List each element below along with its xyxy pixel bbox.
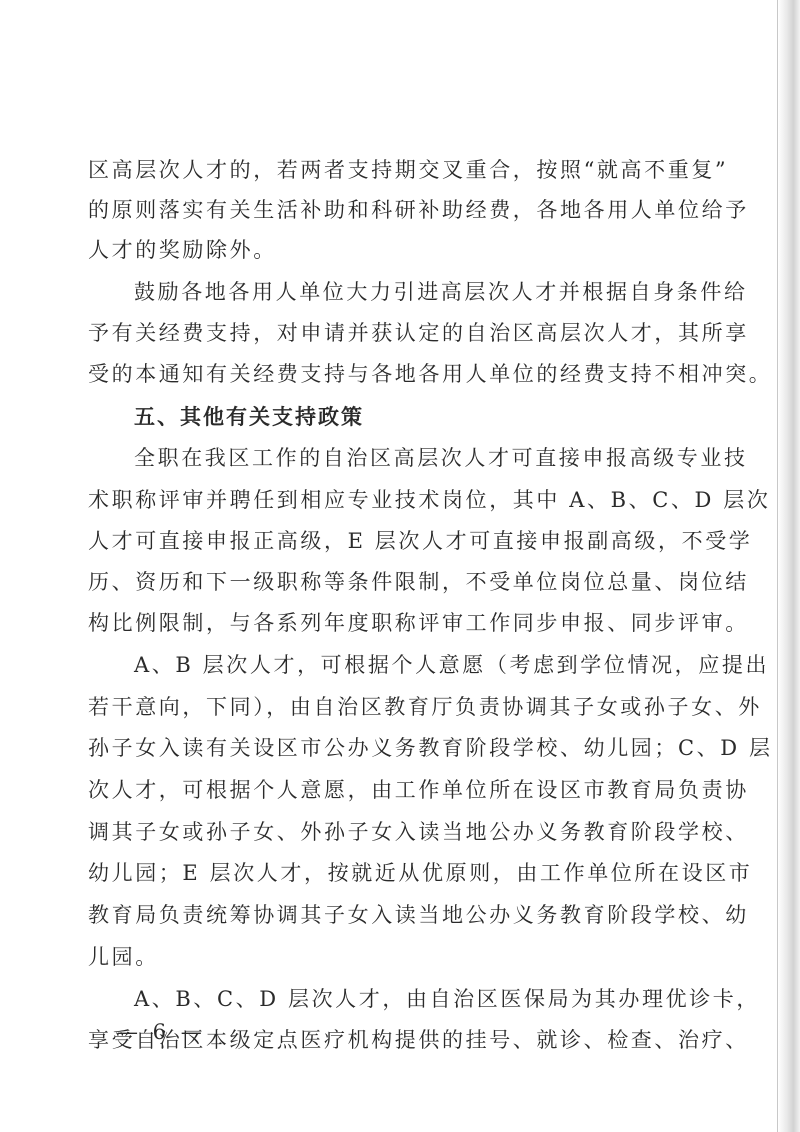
text-line: 人才的奖励除外。 [88,230,277,270]
text-line: 区高层次人才的，若两者支持期交叉重合，按照“就高不重复” [88,150,728,190]
text-line: 的原则落实有关生活补助和科研补助经费，各地各用人单位给予 [88,190,749,230]
section-heading: 五、其他有关支持政策 [134,397,364,437]
text-line: 调其子女或孙子女、外孙子女入读当地公办义务教育阶段学校、 [88,812,749,852]
text-line: 人才可直接申报正高级，E 层次人才可直接申报副高级，不受学 [88,521,752,561]
text-line: 术职称评审并聘任到相应专业技术岗位，其中 A、B、C、D 层次 [88,480,770,520]
paragraph-start-line: A、B、C、D 层次人才，由自治区医保局为其办理优诊卡， [134,979,760,1019]
text-line: 予有关经费支持，对申请并获认定的自治区高层次人才，其所享 [88,313,749,353]
text-line: 受的本通知有关经费支持与各地各用人单位的经费支持不相冲突。 [88,354,772,394]
paragraph-start-line: A、B 层次人才，可根据个人意愿（考虑到学位情况，应提出 [134,645,769,685]
paragraph-start-line: 鼓励各地各用人单位大力引进高层次人才并根据自身条件给 [134,272,748,312]
text-line: 儿园。 [88,937,159,977]
text-line: 历、资历和下一级职称等条件限制，不受单位岗位总量、岗位结 [88,562,749,602]
scanned-page-edge [777,0,800,1132]
text-line: 教育局负责统筹协调其子女入读当地公办义务教育阶段学校、幼 [88,895,749,935]
text-line: 幼儿园；E 层次人才，按就近从优原则，由工作单位所在设区市 [88,853,752,893]
paragraph-start-line: 全职在我区工作的自治区高层次人才可直接申报高级专业技 [134,438,748,478]
text-line: 构比例限制，与各系列年度职称评审工作同步申报、同步评审。 [88,603,749,643]
text-line: 次人才，可根据个人意愿，由工作单位所在设区市教育局负责协 [88,770,749,810]
page-number: — 6 — [117,1020,206,1044]
text-line: 孙子女入读有关设区市公办义务教育阶段学校、幼儿园；C、D 层 [88,728,773,768]
text-line: 若干意向，下同），由自治区教育厅负责协调其子女或孙子女、外 [88,687,762,727]
